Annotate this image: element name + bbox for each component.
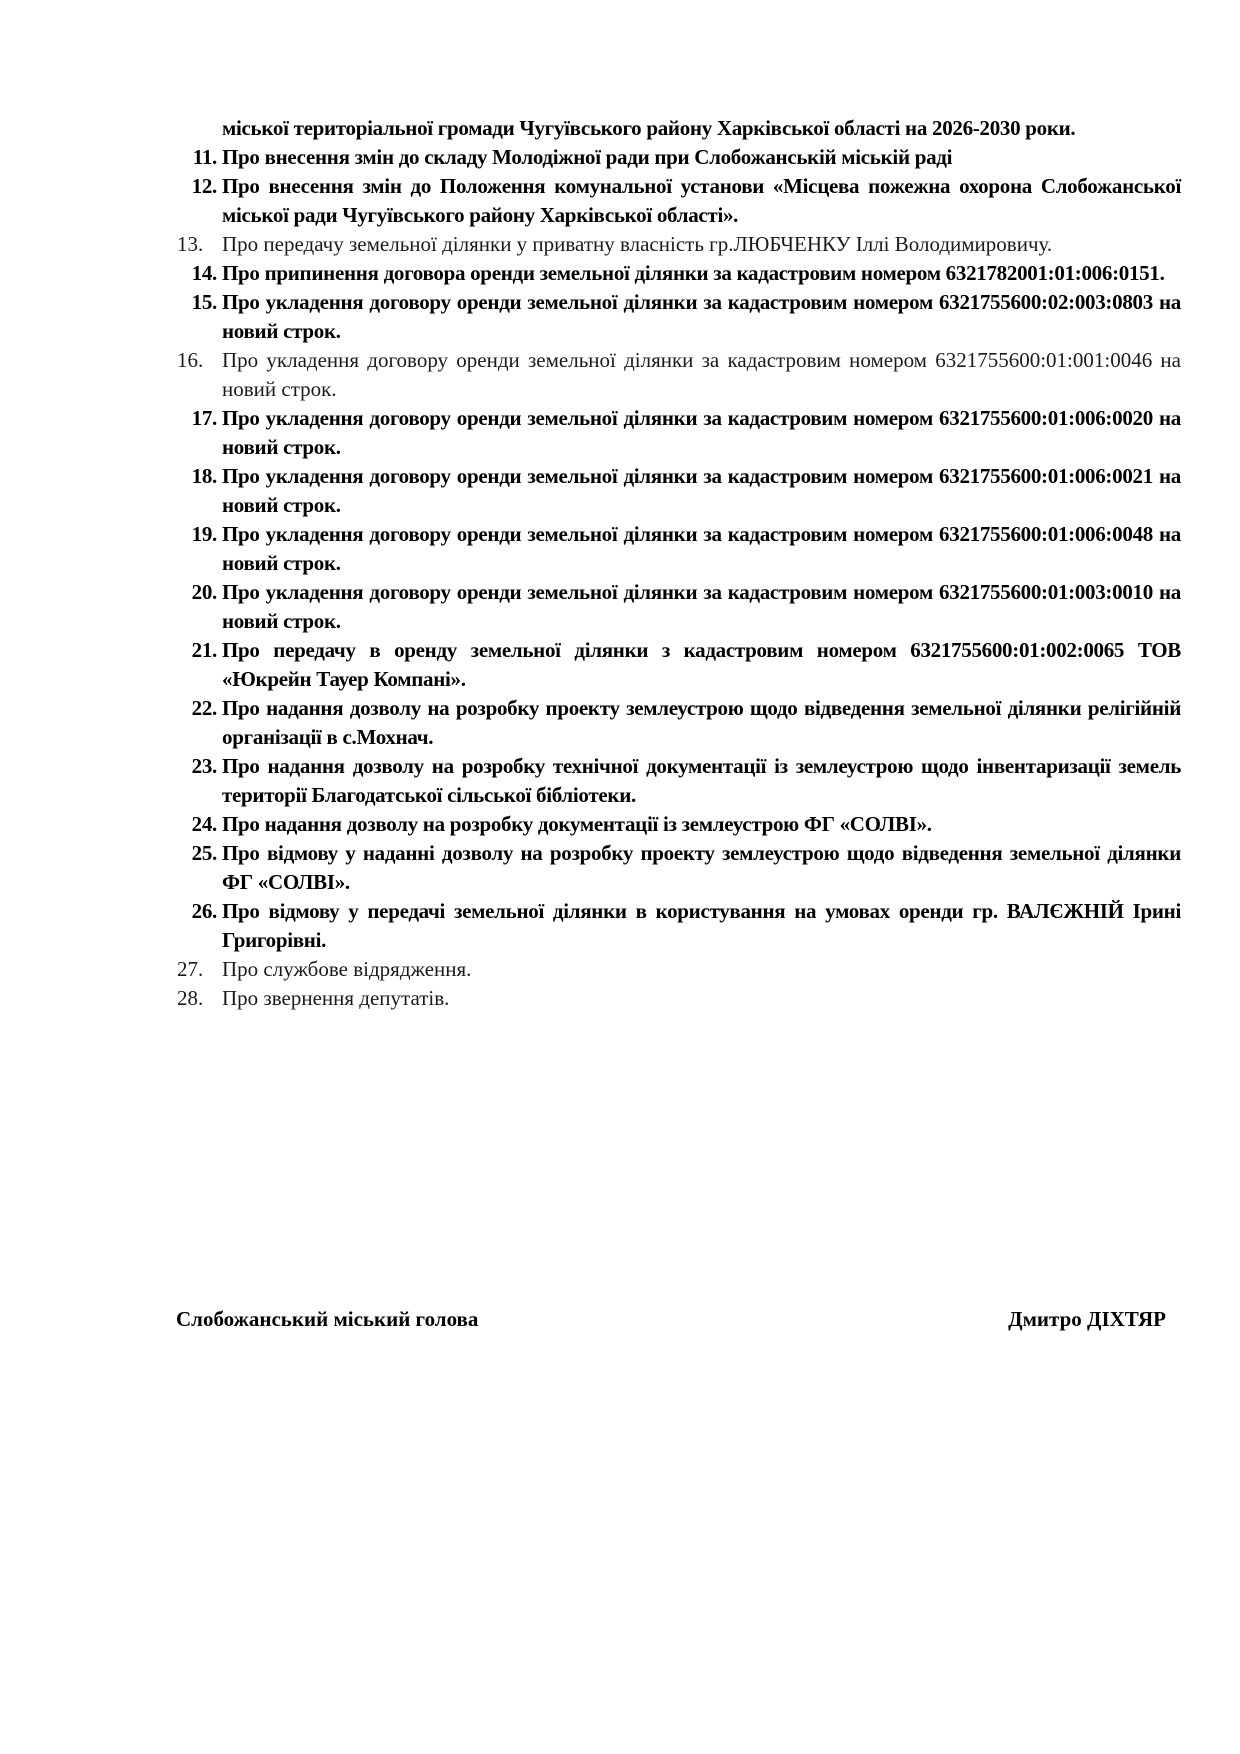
item-number: 18.: [177, 462, 222, 520]
item-number: 23.: [177, 752, 222, 810]
item-text: Про припинення договора оренди земельної…: [222, 259, 1181, 288]
agenda-item-21: 21. Про передачу в оренду земельної діля…: [177, 636, 1181, 694]
item-number: 16.: [177, 346, 222, 404]
item-number: 11.: [177, 143, 222, 172]
item-text: Про укладення договору оренди земельної …: [222, 462, 1181, 520]
agenda-item-26: 26. Про відмову у передачі земельної діл…: [177, 897, 1181, 955]
item-text: Про надання дозволу на розробку проекту …: [222, 694, 1181, 752]
item-number: 19.: [177, 520, 222, 578]
agenda-item-11: 11. Про внесення змін до складу Молодіжн…: [177, 143, 1181, 172]
item-text: Про передачу земельної ділянки у приватн…: [222, 230, 1181, 259]
agenda-item-25: 25. Про відмову у наданні дозволу на роз…: [177, 839, 1181, 897]
item-number: 28.: [177, 984, 222, 1013]
item-number: 22.: [177, 694, 222, 752]
item-number: 27.: [177, 955, 222, 984]
signatory-title: Слобожанський міський голова: [176, 1305, 478, 1334]
item-text: Про внесення змін до складу Молодіжної р…: [222, 143, 1181, 172]
agenda-item-17: 17. Про укладення договору оренди земель…: [177, 404, 1181, 462]
item-text: Про внесення змін до Положення комунальн…: [222, 172, 1181, 230]
item-text: Про надання дозволу на розробку документ…: [222, 810, 1181, 839]
item-number: 24.: [177, 810, 222, 839]
item-text: Про укладення договору оренди земельної …: [222, 520, 1181, 578]
agenda-item-27: 27. Про службове відрядження.: [177, 955, 1181, 984]
item-number: 12.: [177, 172, 222, 230]
agenda-item-22: 22. Про надання дозволу на розробку прое…: [177, 694, 1181, 752]
item-number: 25.: [177, 839, 222, 897]
item-text: Про укладення договору оренди земельної …: [222, 288, 1181, 346]
item-text: Про звернення депутатів.: [222, 984, 1181, 1013]
item-number: 26.: [177, 897, 222, 955]
agenda-item-15: 15. Про укладення договору оренди земель…: [177, 288, 1181, 346]
item-text: Про укладення договору оренди земельної …: [222, 578, 1181, 636]
item-text: Про передачу в оренду земельної ділянки …: [222, 636, 1181, 694]
agenda-item-16: 16. Про укладення договору оренди земель…: [177, 346, 1181, 404]
agenda-item-12: 12. Про внесення змін до Положення комун…: [177, 172, 1181, 230]
signatory-name: Дмитро ДІХТЯР: [1008, 1305, 1166, 1334]
agenda-item-13: 13. Про передачу земельної ділянки у при…: [177, 230, 1181, 259]
item-number: 17.: [177, 404, 222, 462]
continuation-text: міської територіальної громади Чугуївськ…: [177, 114, 1181, 143]
agenda-item-28: 28. Про звернення депутатів.: [177, 984, 1181, 1013]
agenda-item-20: 20. Про укладення договору оренди земель…: [177, 578, 1181, 636]
item-number: 21.: [177, 636, 222, 694]
item-text: Про укладення договору оренди земельної …: [222, 404, 1181, 462]
agenda-item-24: 24. Про надання дозволу на розробку доку…: [177, 810, 1181, 839]
signature-block: Слобожанський міський голова Дмитро ДІХТ…: [176, 1305, 1166, 1334]
document-page: міської територіальної громади Чугуївськ…: [0, 0, 1240, 1754]
item-number: 15.: [177, 288, 222, 346]
agenda-item-23: 23. Про надання дозволу на розробку техн…: [177, 752, 1181, 810]
item-text: Про службове відрядження.: [222, 955, 1181, 984]
item-number: 20.: [177, 578, 222, 636]
agenda-item-14: 14. Про припинення договора оренди земел…: [177, 259, 1181, 288]
item-text: Про відмову у передачі земельної ділянки…: [222, 897, 1181, 955]
item-text: Про укладення договору оренди земельної …: [222, 346, 1181, 404]
item-text: Про надання дозволу на розробку технічно…: [222, 752, 1181, 810]
item-text: Про відмову у наданні дозволу на розробк…: [222, 839, 1181, 897]
item-number: 14.: [177, 259, 222, 288]
agenda-item-18: 18. Про укладення договору оренди земель…: [177, 462, 1181, 520]
agenda-list: міської територіальної громади Чугуївськ…: [177, 114, 1181, 1013]
item-number: 13.: [177, 230, 222, 259]
agenda-item-19: 19. Про укладення договору оренди земель…: [177, 520, 1181, 578]
